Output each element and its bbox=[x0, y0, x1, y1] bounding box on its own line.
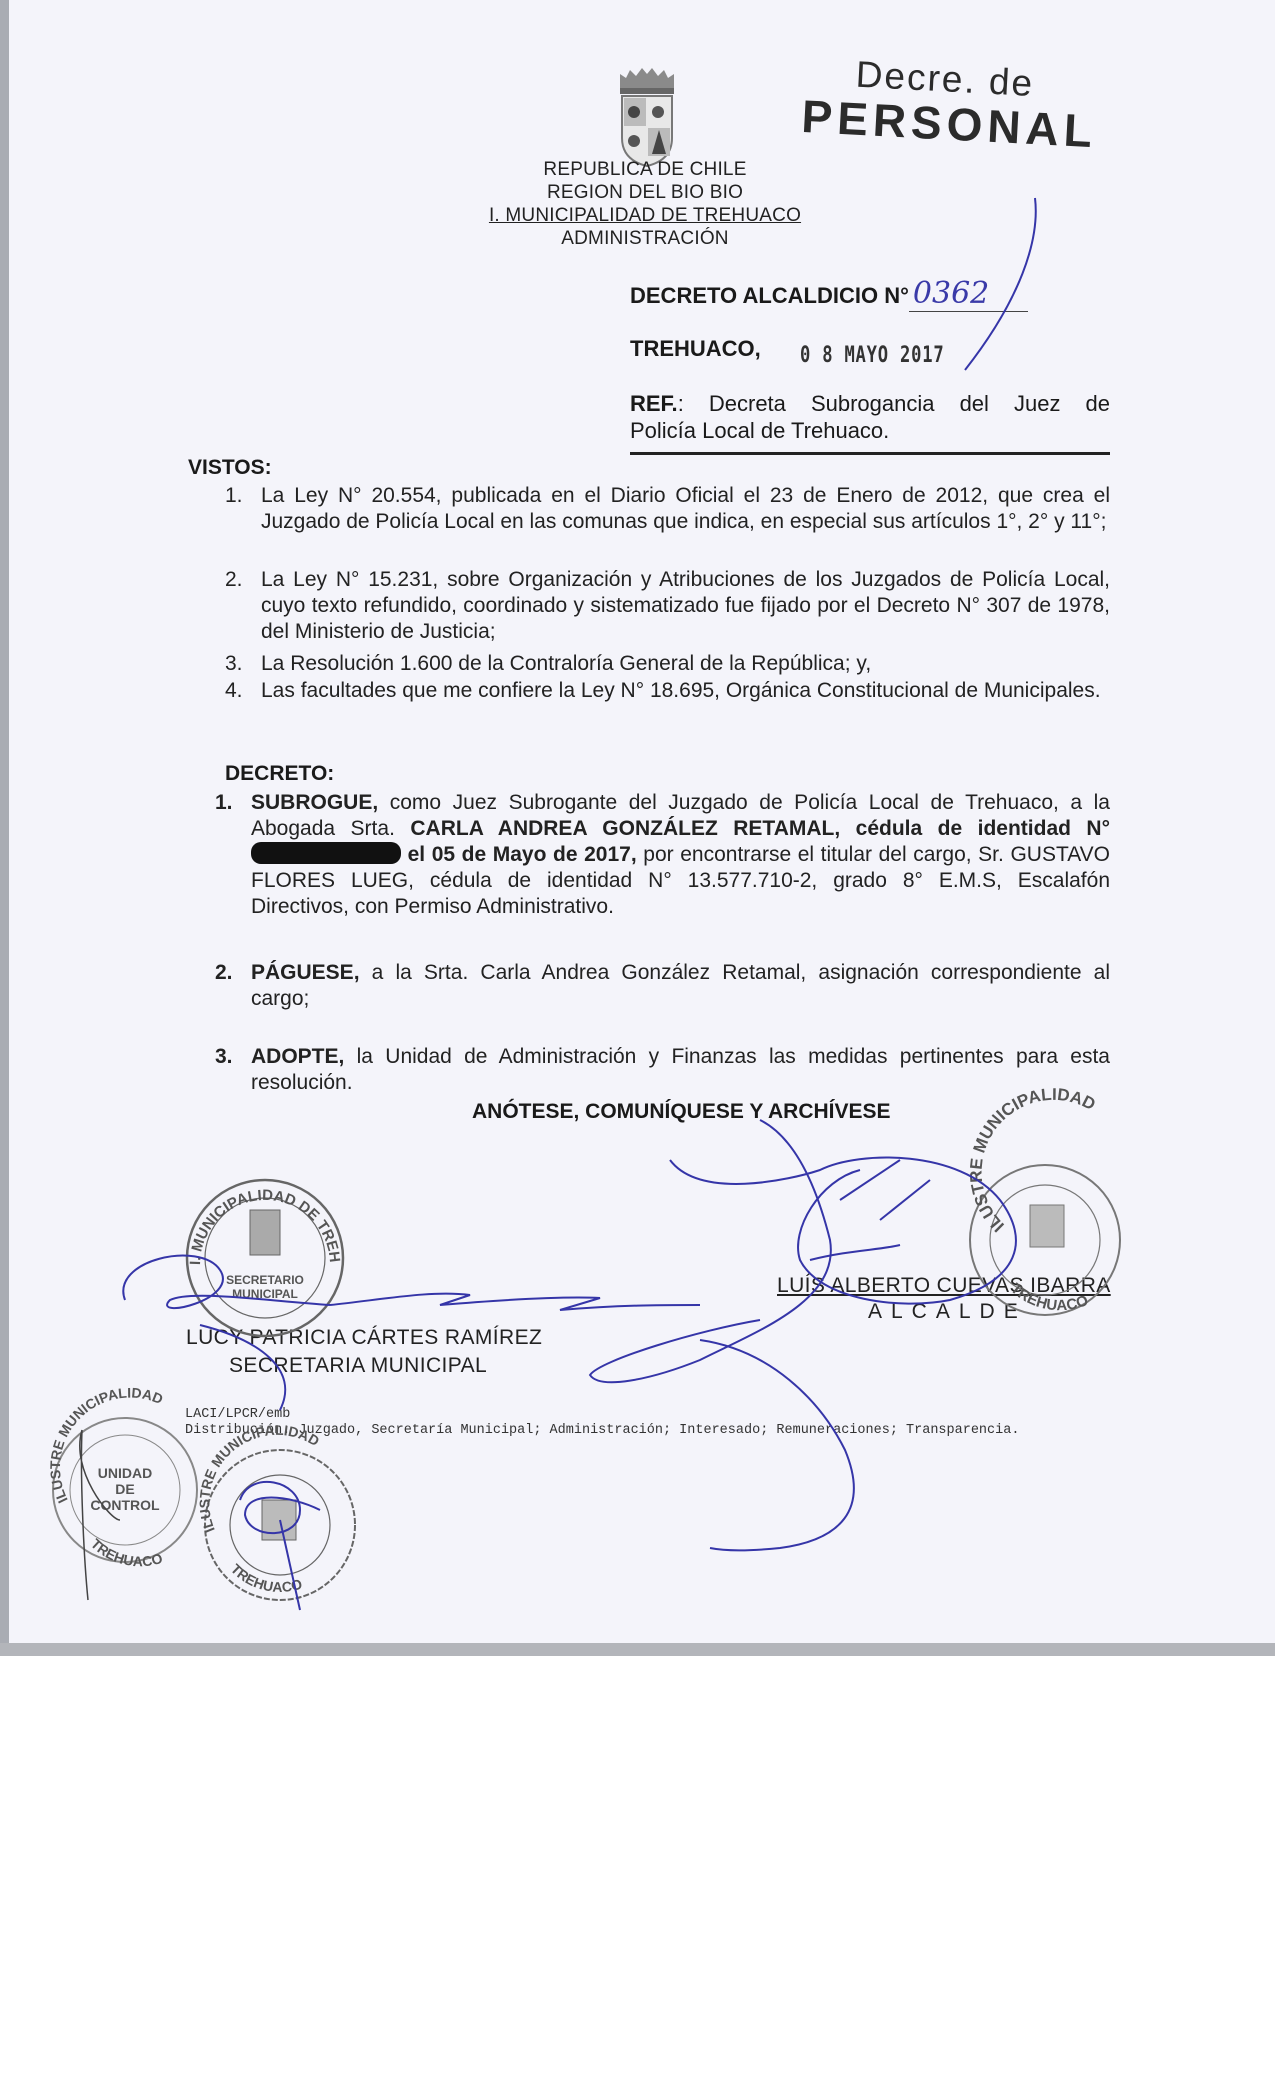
secretary-name: LUCY PATRICIA CÁRTES RAMÍREZ bbox=[186, 1326, 542, 1350]
beneficiary-name: CARLA ANDREA GONZÁLEZ RETAMAL, cédula de… bbox=[410, 817, 1110, 840]
item-number: 3. bbox=[225, 651, 261, 677]
decreto-item: 2. PÁGUESE, a la Srta. Carla Andrea Gonz… bbox=[215, 960, 1110, 1012]
vistos-item: 3. La Resolución 1.600 de la Contraloría… bbox=[225, 651, 1110, 677]
decree-number-handwritten: 0362 bbox=[909, 276, 1028, 312]
reference-divider bbox=[630, 452, 1110, 455]
date-stamp: 0 8 MAYO 2017 bbox=[800, 343, 944, 368]
item-number: 1. bbox=[225, 483, 261, 509]
item-number: 1. bbox=[215, 790, 251, 816]
reference-line-2: Policía Local de Trehuaco. bbox=[630, 417, 889, 444]
mayor-title: ALCALDE bbox=[868, 1300, 1027, 1324]
item-body: la Unidad de Administración y Finanzas l… bbox=[251, 1045, 1110, 1094]
decree-number-line: DECRETO ALCALDICIO N°0362 bbox=[630, 276, 1028, 312]
item-number: 2. bbox=[225, 567, 261, 593]
secretary-title: SECRETARIA MUNICIPAL bbox=[229, 1354, 487, 1378]
item-number: 4. bbox=[225, 678, 261, 704]
decree-number-label: DECRETO ALCALDICIO N° bbox=[630, 283, 909, 308]
vistos-item: 4. Las facultades que me confiere la Ley… bbox=[225, 678, 1110, 704]
item-lead: PÁGUESE, bbox=[251, 961, 360, 984]
mayor-name: LUÍS ALBERTO CUEVAS IBARRA bbox=[777, 1274, 1111, 1298]
decreto-item: 1. SUBROGUE, como Juez Subrogante del Ju… bbox=[215, 790, 1110, 920]
item-text: La Ley N° 20.554, publicada en el Diario… bbox=[261, 483, 1110, 535]
header-municipality: I. MUNICIPALIDAD DE TREHUACO bbox=[430, 204, 860, 227]
ref-label: REF. bbox=[630, 391, 678, 416]
item-lead: ADOPTE, bbox=[251, 1045, 344, 1068]
item-body: a la Srta. Carla Andrea González Retamal… bbox=[251, 961, 1110, 1010]
item-text: SUBROGUE, como Juez Subrogante del Juzga… bbox=[251, 790, 1110, 920]
item-number: 3. bbox=[215, 1044, 251, 1070]
redacted-id-number bbox=[251, 842, 401, 864]
closing-formula: ANÓTESE, COMUNÍQUESE Y ARCHÍVESE bbox=[472, 1100, 891, 1124]
effective-date: el 05 de Mayo de 2017, bbox=[401, 843, 637, 866]
item-text: La Ley N° 15.231, sobre Organización y A… bbox=[261, 567, 1110, 645]
municipal-crest-icon bbox=[612, 68, 682, 168]
decreto-item: 3. ADOPTE, la Unidad de Administración y… bbox=[215, 1044, 1110, 1096]
decreto-heading: DECRETO: bbox=[225, 762, 334, 786]
header-department: ADMINISTRACIÓN bbox=[430, 227, 860, 250]
header-region: REGION DEL BIO BIO bbox=[430, 181, 860, 204]
header-republic: REPUBLICA DE CHILE bbox=[430, 158, 860, 181]
distribution-list: Distribución: Juzgado, Secretaría Munici… bbox=[185, 1423, 1019, 1438]
item-number: 2. bbox=[215, 960, 251, 986]
item-text: PÁGUESE, a la Srta. Carla Andrea Gonzále… bbox=[251, 960, 1110, 1012]
item-text: La Resolución 1.600 de la Contraloría Ge… bbox=[261, 651, 1110, 677]
reference-line-1: REF.: Decreta Subrogancia del Juez de bbox=[630, 390, 1110, 417]
personal-decree-stamp: Decre. de PERSONAL bbox=[800, 52, 1104, 156]
vistos-item: 1. La Ley N° 20.554, publicada en el Dia… bbox=[225, 483, 1110, 535]
place-label: TREHUACO, bbox=[630, 336, 761, 362]
vistos-item: 2. La Ley N° 15.231, sobre Organización … bbox=[225, 567, 1110, 645]
vistos-heading: VISTOS: bbox=[188, 456, 272, 480]
scan-edge bbox=[0, 1643, 1275, 1656]
item-lead: SUBROGUE, bbox=[251, 791, 378, 814]
initials: LACI/LPCR/emb bbox=[185, 1407, 290, 1422]
ref-text-1: : Decreta Subrogancia del Juez de bbox=[678, 391, 1110, 416]
item-text: ADOPTE, la Unidad de Administración y Fi… bbox=[251, 1044, 1110, 1096]
item-text: Las facultades que me confiere la Ley N°… bbox=[261, 678, 1110, 704]
